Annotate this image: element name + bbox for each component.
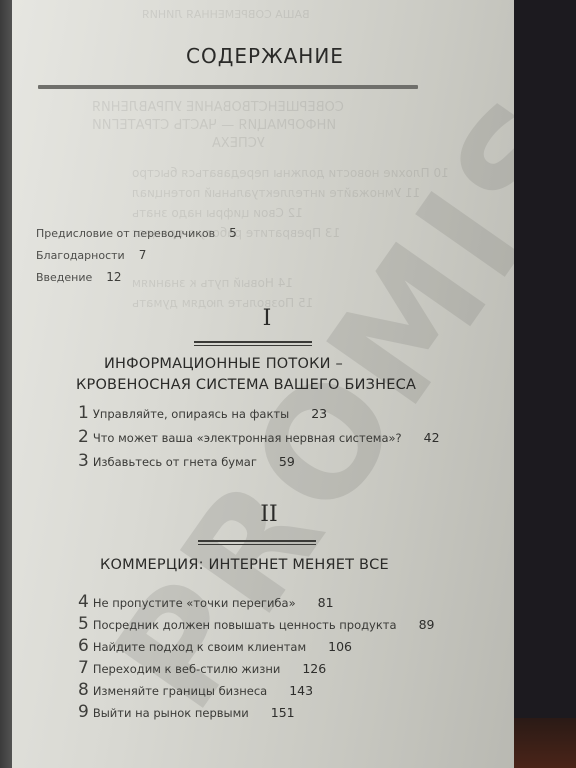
front-matter-item: Предисловие от переводчиков5: [36, 226, 237, 240]
chapter-number: 4: [78, 592, 89, 612]
chapter-page: 106: [328, 639, 352, 654]
chapter-title: Переходим к веб-стилю жизни: [93, 662, 281, 676]
part-divider: [198, 540, 316, 545]
chapter-number: 9: [78, 702, 89, 722]
show-through-text: УСПЕХА: [212, 136, 265, 151]
chapter-title: Посредник должен повышать ценность проду…: [93, 618, 397, 632]
chapter-title: Избавьтесь от гнета бумаг: [93, 455, 257, 469]
part-numeral: II: [12, 502, 514, 527]
chapter-page: 81: [318, 595, 334, 610]
chapter-number: 3: [78, 451, 89, 471]
show-through-text: 11 Умножайте интеллектуальный потенциал: [132, 186, 420, 200]
chapter-entry: 3Избавьтесь от гнета бумаг59: [78, 451, 295, 471]
chapter-page: 23: [311, 406, 327, 421]
show-through-text: 12 Свои цифры надо знать: [132, 206, 303, 220]
front-matter-page: 7: [139, 248, 147, 262]
chapter-title: Управляйте, опираясь на факты: [93, 407, 289, 421]
chapter-entry: 7Переходим к веб-стилю жизни126: [78, 658, 326, 678]
part-divider: [194, 341, 312, 346]
front-matter-page: 12: [106, 270, 121, 284]
chapter-number: 7: [78, 658, 89, 678]
part-numeral: I: [12, 306, 514, 331]
front-matter-item: Благодарности7: [36, 248, 146, 262]
chapter-entry: 1Управляйте, опираясь на факты23: [78, 403, 327, 423]
show-through-text: ВАША СОВРЕМЕННАЯ ЛИНИЯ: [142, 8, 310, 21]
chapter-entry: 4Не пропустите «точки перегиба»81: [78, 592, 334, 612]
front-matter-label: Введение: [36, 271, 92, 284]
part-title: КОММЕРЦИЯ: ИНТЕРНЕТ МЕНЯЕТ ВСЕ: [100, 557, 389, 573]
chapter-title: Что может ваша «электронная нервная сист…: [93, 431, 402, 445]
chapter-entry: 6Найдите подход к своим клиентам106: [78, 636, 352, 656]
book-page: ВАША СОВРЕМЕННАЯ ЛИНИЯ СОВЕРШЕНСТВОВАНИЕ…: [12, 0, 514, 768]
title-divider: [38, 85, 418, 89]
chapter-title: Найдите подход к своим клиентам: [93, 640, 306, 654]
chapter-page: 42: [424, 430, 440, 445]
chapter-page: 143: [289, 683, 313, 698]
chapter-entry: 8Изменяйте границы бизнеса143: [78, 680, 313, 700]
show-through-text: СОВЕРШЕНСТВОВАНИЕ УПРАВЛЕНИЯ: [92, 100, 344, 115]
chapter-number: 2: [78, 427, 89, 447]
front-matter-label: Благодарности: [36, 249, 125, 262]
show-through-text: 10 Плохие новости должны передаваться бы…: [132, 166, 449, 180]
show-through-text: ИНФОРМАЦИЯ — ЧАСТЬ СТРАТЕГИИ: [92, 118, 336, 133]
table-surface: [504, 718, 576, 768]
page-title: СОДЕРЖАНИЕ: [12, 44, 514, 68]
chapter-page: 126: [302, 661, 326, 676]
chapter-number: 8: [78, 680, 89, 700]
chapter-entry: 5Посредник должен повышать ценность прод…: [78, 614, 434, 634]
part-title: КРОВЕНОСНАЯ СИСТЕМА ВАШЕГО БИЗНЕСА: [76, 377, 416, 393]
book-spine-shadow: [0, 0, 14, 768]
chapter-entry: 2Что может ваша «электронная нервная сис…: [78, 427, 440, 447]
front-matter-label: Предисловие от переводчиков: [36, 227, 215, 240]
chapter-page: 151: [271, 705, 295, 720]
chapter-entry: 9Выйти на рынок первыми151: [78, 702, 295, 722]
chapter-title: Выйти на рынок первыми: [93, 706, 249, 720]
front-matter-item: Введение12: [36, 270, 122, 284]
chapter-page: 89: [419, 617, 435, 632]
part-title: ИНФОРМАЦИОННЫЕ ПОТОКИ –: [104, 356, 343, 372]
chapter-title: Изменяйте границы бизнеса: [93, 684, 267, 698]
chapter-title: Не пропустите «точки перегиба»: [93, 596, 296, 610]
chapter-number: 5: [78, 614, 89, 634]
show-through-text: 14 Новый путь к знаниям: [132, 276, 293, 290]
chapter-page: 59: [279, 454, 295, 469]
chapter-number: 6: [78, 636, 89, 656]
chapter-number: 1: [78, 403, 89, 423]
front-matter-page: 5: [229, 226, 237, 240]
